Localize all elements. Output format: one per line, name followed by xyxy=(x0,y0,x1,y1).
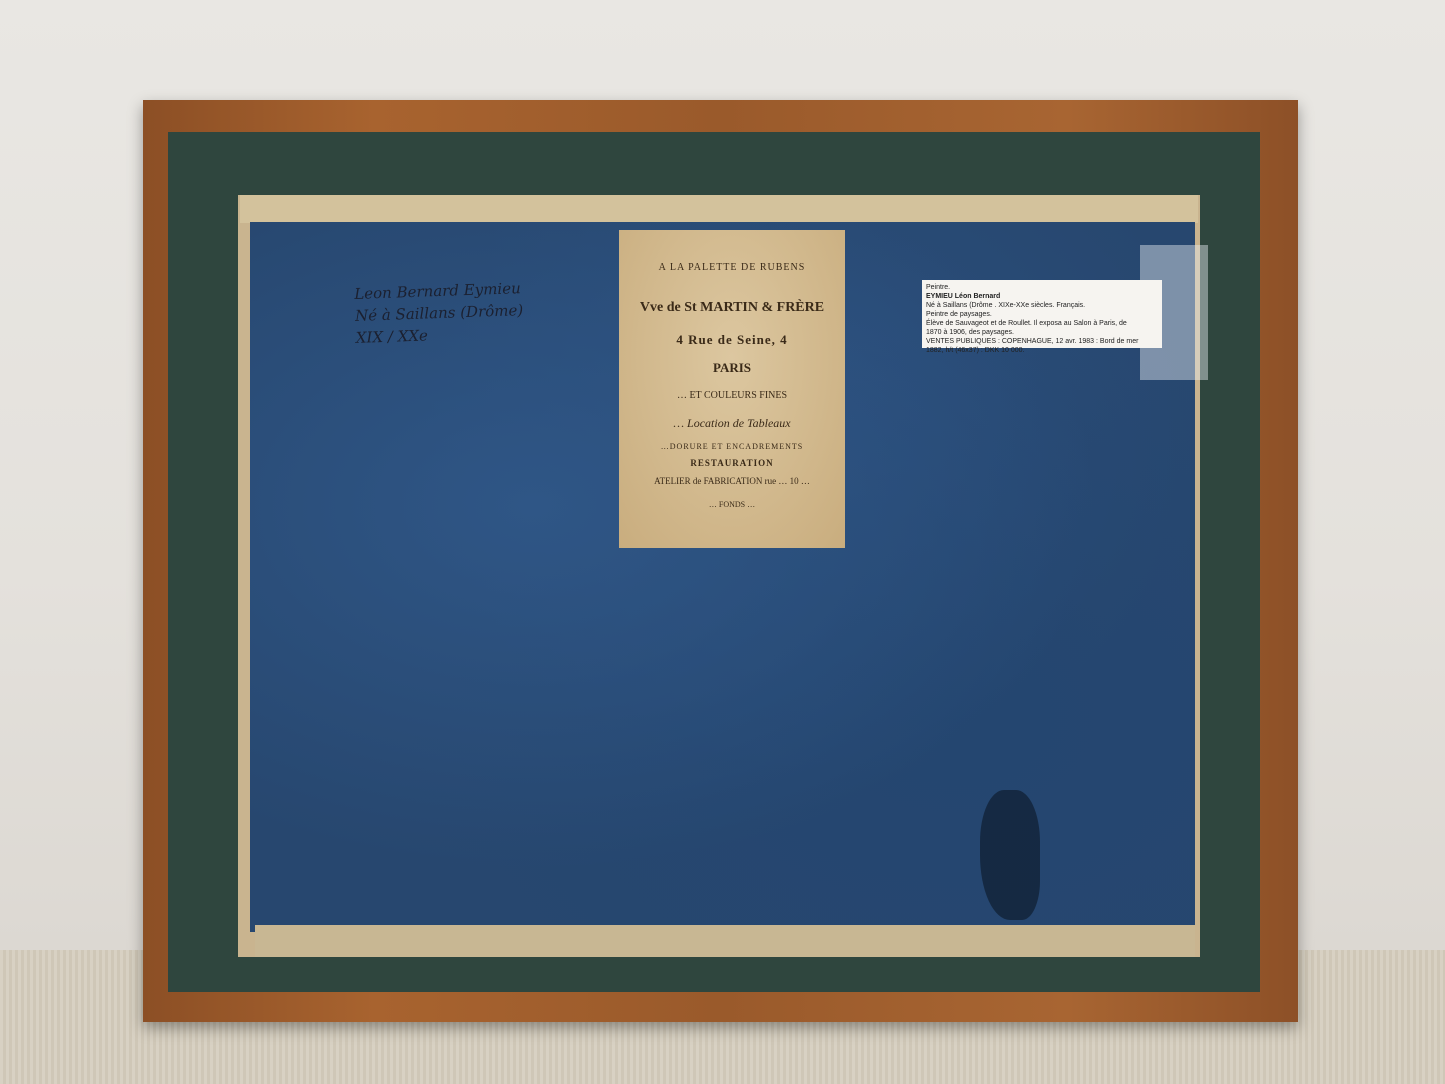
clip-line: 1870 à 1906, des paysages. xyxy=(926,328,1158,337)
dark-stain xyxy=(980,790,1040,920)
top-tape xyxy=(240,195,1198,223)
dealer-label: A LA PALETTE DE RUBENS Vve de St MARTIN … xyxy=(619,230,845,548)
label-line: … Location de Tableaux xyxy=(619,416,845,431)
clip-line: Peintre. xyxy=(926,283,1158,292)
label-line: …DORURE ET ENCADREMENTS xyxy=(619,442,845,451)
label-line: A LA PALETTE DE RUBENS xyxy=(619,262,845,273)
clip-line: 1882, h/t (46x37) : DKK 10 000. xyxy=(926,346,1158,355)
clip-line: Né à Saillans (Drôme . XIXe-XXe siècles.… xyxy=(926,301,1158,310)
clip-line: Peintre de paysages. xyxy=(926,310,1158,319)
label-line: 4 Rue de Seine, 4 xyxy=(619,332,845,348)
clip-line: Élève de Sauvageot et de Roullet. Il exp… xyxy=(926,319,1158,328)
label-line: Vve de St MARTIN & FRÈRE xyxy=(619,300,845,316)
label-line: PARIS xyxy=(619,360,845,376)
label-line: … ET COULEURS FINES xyxy=(619,390,845,401)
clip-line: VENTES PUBLIQUES : COPENHAGUE, 12 avr. 1… xyxy=(926,337,1158,346)
bottom-tape xyxy=(255,925,1195,957)
artist-name: EYMIEU Léon Bernard xyxy=(926,292,1158,301)
label-line: ATELIER de FABRICATION rue … 10 … xyxy=(619,476,845,486)
auction-clipping: Peintre. EYMIEU Léon Bernard Né à Sailla… xyxy=(922,280,1162,348)
label-line: RESTAURATION xyxy=(619,458,845,468)
label-line: … FONDS … xyxy=(619,500,845,509)
handwritten-inscription: Leon Bernard Eymieu Né à Saillans (Drôme… xyxy=(354,277,524,349)
